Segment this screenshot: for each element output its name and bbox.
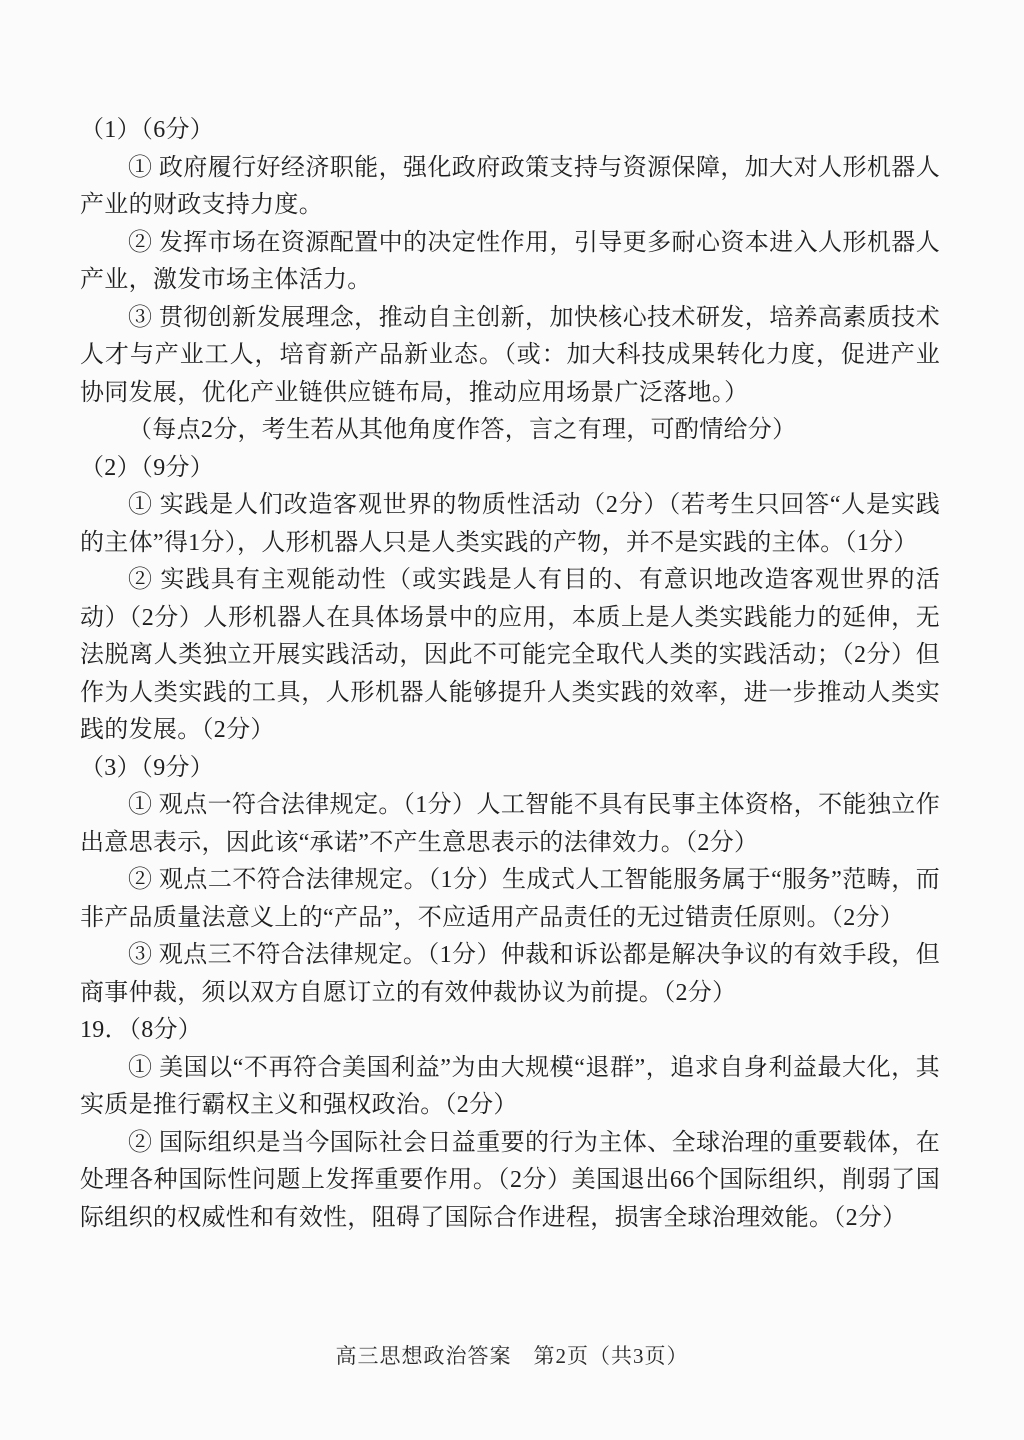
section-heading-q2: （2）（9分） (80, 450, 940, 488)
answer-paragraph: ② 实践具有主观能动性（或实践是人有目的、有意识地改造客观世界的活动）（2分）人… (80, 562, 940, 750)
grading-note: （每点2分，考生若从其他角度作答，言之有理，可酌情给分） (80, 412, 940, 450)
page-footer: 高三思想政治答案 第2页（共3页） (0, 1340, 1024, 1370)
section-heading-q19: 19．（8分） (80, 1012, 940, 1050)
answers-content: （1）（6分） ① 政府履行好经济职能，强化政府政策支持与资源保障，加大对人形机… (80, 112, 940, 1237)
answer-paragraph: ② 观点二不符合法律规定。（1分）生成式人工智能服务属于“服务”范畴，而非产品质… (80, 862, 940, 937)
answer-paragraph: ① 实践是人们改造客观世界的物质性活动（2分）（若考生只回答“人是实践的主体”得… (80, 487, 940, 562)
section-heading-q1: （1）（6分） (80, 112, 940, 150)
answer-paragraph: ③ 观点三不符合法律规定。（1分）仲裁和诉讼都是解决争议的有效手段，但商事仲裁，… (80, 937, 940, 1012)
answer-paragraph: ③ 贯彻创新发展理念，推动自主创新，加快核心技术研发，培养高素质技术人才与产业工… (80, 300, 940, 413)
answer-paragraph: ② 发挥市场在资源配置中的决定性作用，引导更多耐心资本进入人形机器人产业，激发市… (80, 225, 940, 300)
answer-paragraph: ① 政府履行好经济职能，强化政府政策支持与资源保障，加大对人形机器人产业的财政支… (80, 150, 940, 225)
answer-paragraph: ② 国际组织是当今国际社会日益重要的行为主体、全球治理的重要载体，在处理各种国际… (80, 1125, 940, 1238)
answer-paragraph: ① 美国以“不再符合美国利益”为由大规模“退群”，追求自身利益最大化，其实质是推… (80, 1050, 940, 1125)
answer-paragraph: ① 观点一符合法律规定。（1分）人工智能不具有民事主体资格，不能独立作出意思表示… (80, 787, 940, 862)
scanned-answer-page: （1）（6分） ① 政府履行好经济职能，强化政府政策支持与资源保障，加大对人形机… (0, 0, 1024, 1440)
section-heading-q3: （3）（9分） (80, 750, 940, 788)
